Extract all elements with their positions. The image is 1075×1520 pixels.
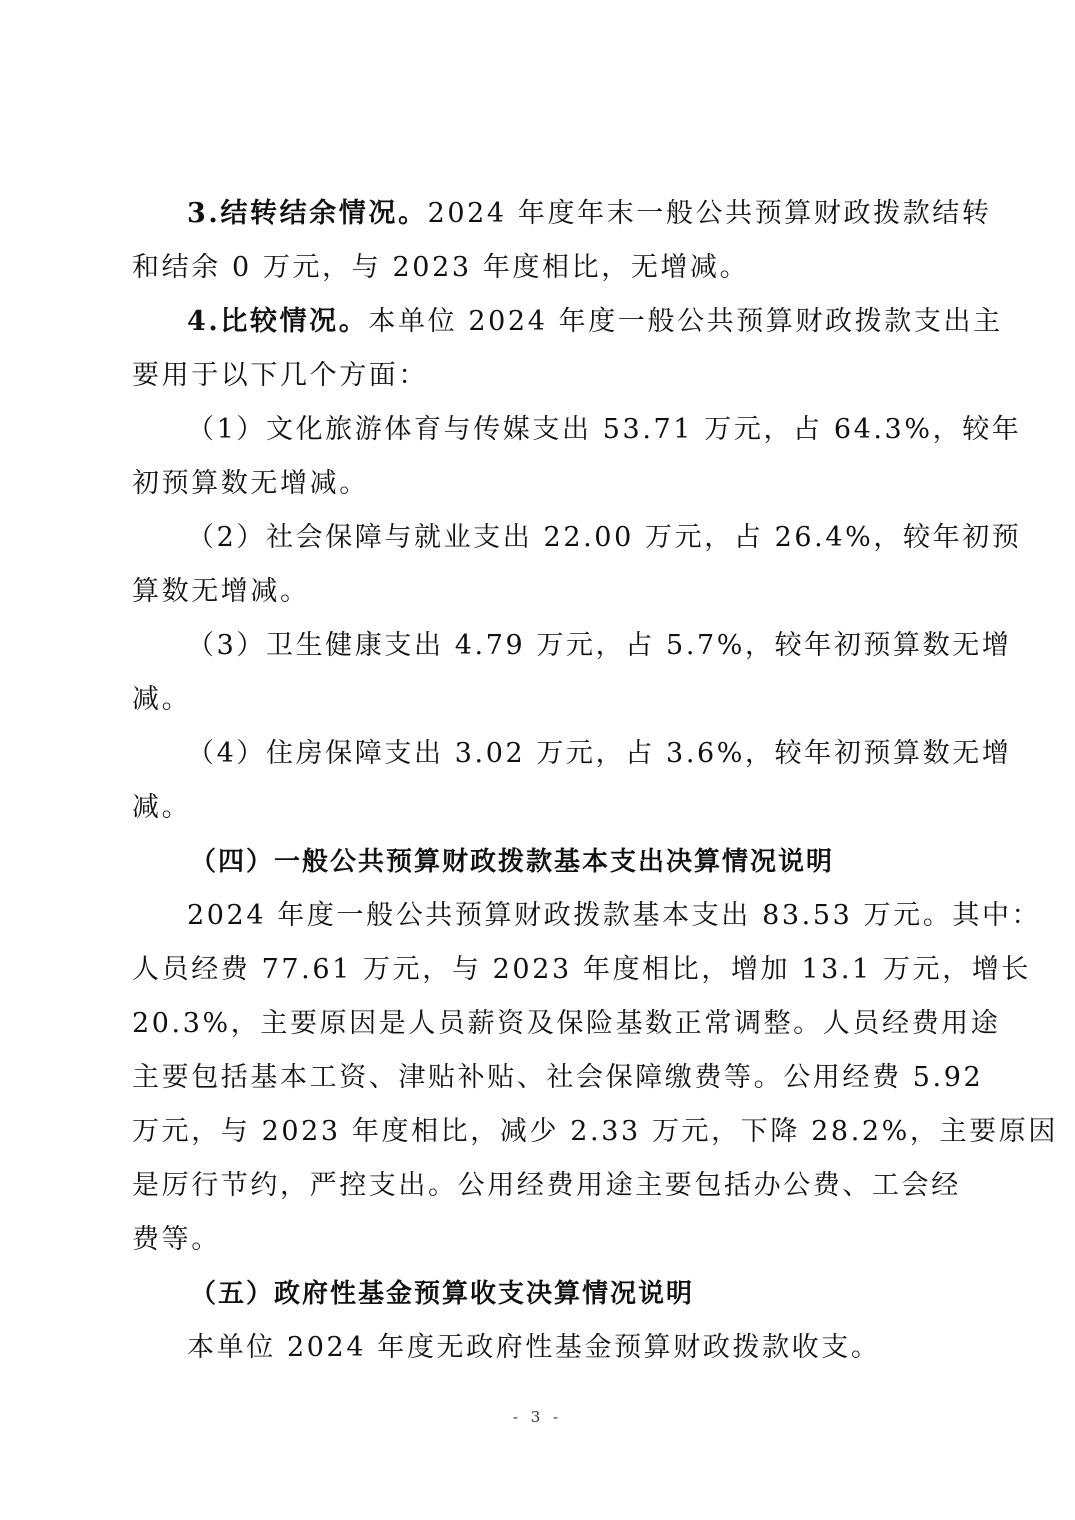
page-number: - 3 -	[0, 1408, 1075, 1426]
basic-expenditure-line-1: 2024 年度一般公共预算财政拨款基本支出 83.53 万元。其中：	[187, 898, 944, 934]
comparison-paragraph-line-1: 4.比较情况。本单位 2024 年度一般公共预算财政拨款支出主	[187, 304, 944, 340]
expense-item-3-line-1: （3）卫生健康支出 4.79 万元，占 5.7%，较年初预算数无增	[187, 628, 944, 664]
carryover-lead: 3.结转结余情况。	[187, 198, 428, 229]
document-page: 3.结转结余情况。2024 年度年末一般公共预算财政拨款结转 和结余 0 万元，…	[0, 0, 1075, 1520]
comparison-paragraph-line-2: 要用于以下几个方面：	[132, 358, 944, 394]
basic-expenditure-line-5: 万元，与 2023 年度相比，减少 2.33 万元，下降 28.2%，主要原因	[132, 1114, 944, 1150]
comparison-lead: 4.比较情况。	[187, 306, 368, 337]
basic-expenditure-line-6: 是厉行节约，严控支出。公用经费用途主要包括办公费、工会经	[132, 1168, 944, 1204]
carryover-paragraph-line-2: 和结余 0 万元，与 2023 年度相比，无增减。	[132, 250, 944, 286]
expense-item-3-line-2: 减。	[132, 682, 944, 718]
gov-fund-paragraph: 本单位 2024 年度无政府性基金预算财政拨款收支。	[187, 1330, 944, 1366]
basic-expenditure-line-7: 费等。	[132, 1222, 944, 1258]
expense-item-1-line-1: （1）文化旅游体育与传媒支出 53.71 万元，占 64.3%，较年	[187, 412, 944, 448]
comparison-text: 本单位 2024 年度一般公共预算财政拨款支出主	[368, 306, 1002, 337]
expense-item-2-line-1: （2）社会保障与就业支出 22.00 万元，占 26.4%，较年初预	[187, 520, 944, 556]
basic-expenditure-line-2: 人员经费 77.61 万元，与 2023 年度相比，增加 13.1 万元，增长	[132, 952, 944, 988]
expense-item-1-line-2: 初预算数无增减。	[132, 466, 944, 502]
basic-expenditure-line-3: 20.3%，主要原因是人员薪资及保险基数正常调整。人员经费用途	[132, 1006, 944, 1042]
section-heading-basic-expenditure: （四）一般公共预算财政拨款基本支出决算情况说明	[190, 844, 1002, 880]
carryover-text: 2024 年度年末一般公共预算财政拨款结转	[428, 198, 992, 229]
expense-item-2-line-2: 算数无增减。	[132, 574, 944, 610]
section-heading-gov-fund: （五）政府性基金预算收支决算情况说明	[190, 1276, 1002, 1312]
carryover-paragraph-line-1: 3.结转结余情况。2024 年度年末一般公共预算财政拨款结转	[187, 196, 944, 232]
expense-item-4-line-2: 减。	[132, 790, 944, 826]
expense-item-4-line-1: （4）住房保障支出 3.02 万元，占 3.6%，较年初预算数无增	[187, 736, 944, 772]
basic-expenditure-line-4: 主要包括基本工资、津贴补贴、社会保障缴费等。公用经费 5.92	[132, 1060, 944, 1096]
